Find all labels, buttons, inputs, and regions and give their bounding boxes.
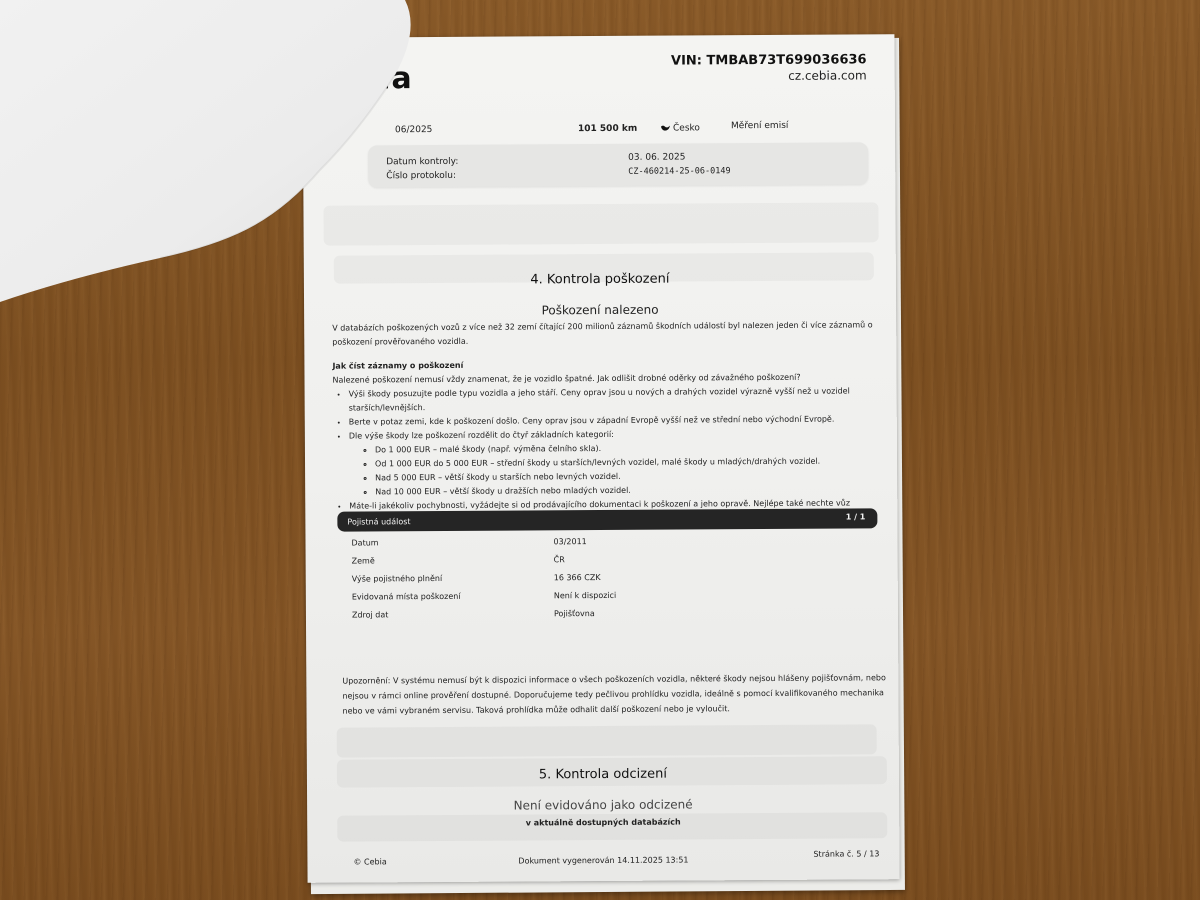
globe-icon	[661, 124, 670, 135]
footer-page-number: Stránka č. 5 / 13	[813, 849, 879, 858]
claim-value: 03/2011	[553, 537, 586, 546]
claim-label: Výše pojistného plnění	[352, 574, 442, 584]
theft-status: Není evidováno jako odcizené	[307, 796, 899, 814]
curled-page-overlay	[0, 0, 430, 310]
damage-howto: Jak číst záznamy o poškození Nalezené po…	[332, 356, 881, 527]
damage-categories: Do 1 000 EUR – malé škody (např. výměna …	[349, 440, 881, 499]
claim-label: Datum	[351, 538, 378, 547]
claim-value: Není k dispozici	[554, 591, 616, 600]
claim-header-label: Pojistná událost	[347, 517, 410, 526]
inspection-details: Datum kontroly: 03. 06. 2025 Číslo proto…	[368, 142, 868, 187]
claim-label: Země	[352, 556, 375, 565]
claim-value: Pojišťovna	[554, 609, 595, 618]
record-type: Měření emisí	[731, 121, 788, 131]
bullet-text: Dle výše škody lze poškození rozdělit do…	[349, 430, 614, 441]
claim-counter: 1 / 1	[846, 512, 866, 521]
damage-intro: V databázích poškozených vozů z více než…	[332, 318, 880, 349]
claim-value: 16 366 CZK	[554, 573, 601, 582]
inspection-date-value: 03. 06. 2025	[628, 152, 685, 162]
record-country: Česko	[673, 123, 700, 133]
insurance-claim-header: Pojistná událost 1 / 1	[337, 508, 877, 531]
damage-warning: Upozornění: V systému nemusí být k dispo…	[342, 670, 887, 718]
claim-label: Zdroj dat	[352, 610, 389, 619]
vin-number: VIN: TMBAB73T699036636	[671, 52, 867, 68]
table-row: Zdroj dat Pojišťovna	[346, 604, 866, 625]
insurance-claim-table: Datum 03/2011 Země ČR Výše pojistného pl…	[345, 532, 866, 625]
bullet-item: Dle výše škody lze poškození rozdělit do…	[349, 426, 881, 499]
bullet-item: Výši škody posuzujte podle typu vozidla …	[349, 384, 881, 415]
protocol-number-value: CZ-460214-25-06-0149	[628, 166, 730, 177]
claim-label: Evidovaná místa poškození	[352, 592, 461, 602]
claim-value: ČR	[554, 555, 565, 564]
footer-generated: Dokument vygenerován 14.11.2025 13:51	[307, 854, 899, 867]
howto-bullets: Výši škody posuzujte podle typu vozidla …	[333, 384, 882, 527]
record-mileage: 101 500 km	[578, 124, 637, 134]
website-link: cz.cebia.com	[788, 68, 867, 82]
show-through-text	[337, 724, 877, 757]
